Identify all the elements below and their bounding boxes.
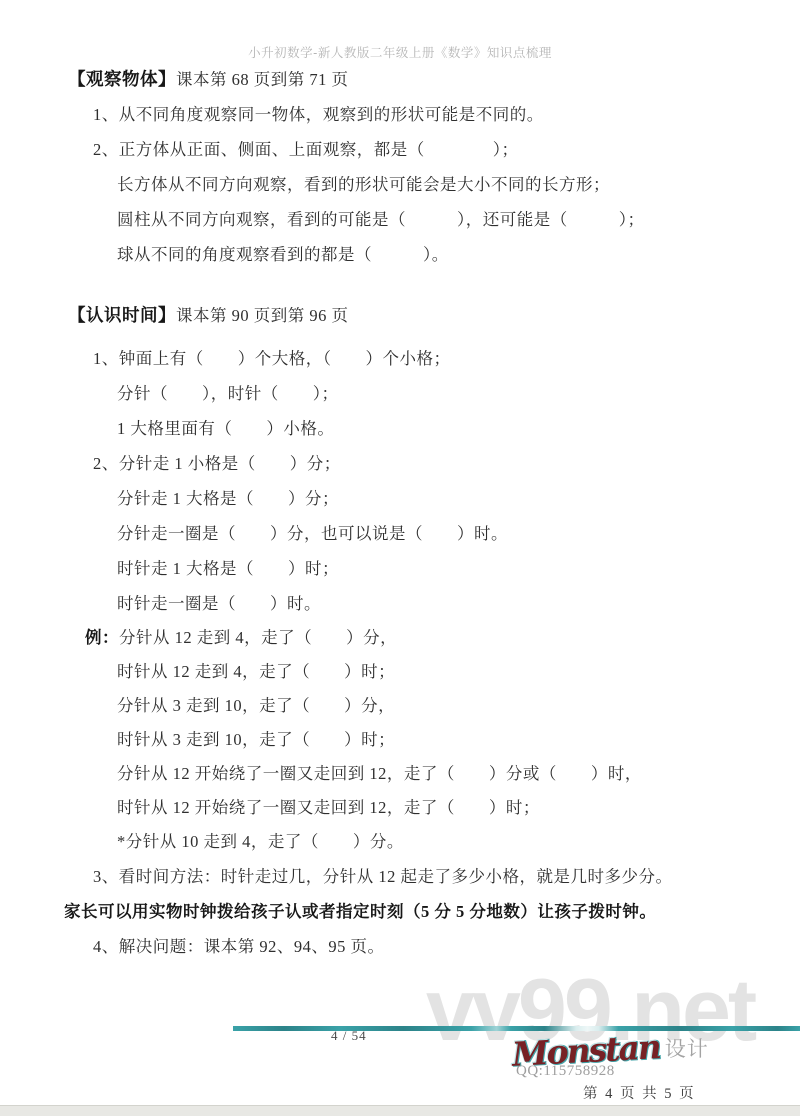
text-line: 1、从不同角度观察同一物体，观察到的形状可能是不同的。 xyxy=(93,97,800,132)
text-line: 分针从 12 走到 4，走了（ ）分， xyxy=(119,628,397,647)
text-line: 球从不同的角度观察看到的都是（ ）。 xyxy=(117,237,800,272)
text-line: 时针走 1 大格是（ ）时； xyxy=(117,551,800,586)
text-line: 时针从 3 走到 10，走了（ ）时； xyxy=(117,723,800,757)
text-line: 2、分针走 1 小格是（ ）分； xyxy=(93,446,800,481)
text-line: 2、正方体从正面、侧面、上面观察，都是（ ）； xyxy=(93,132,800,167)
section-title-page-range: 课本第 68 页到第 71 页 xyxy=(176,70,349,89)
text-line: 时针从 12 走到 4，走了（ ）时； xyxy=(117,655,800,689)
document-page: 小升初数学-新人教版二年级上册《数学》知识点梳理 【观察物体】课本第 68 页到… xyxy=(0,0,800,1116)
qq-contact: QQ:115758928 xyxy=(516,1063,615,1080)
page-number-label: 第 4 页 共 5 页 xyxy=(583,1082,696,1103)
section-title-bracket-text: 【认识时间】 xyxy=(68,305,176,325)
viewer-page-counter: 4 / 54 xyxy=(331,1028,367,1044)
text-line: 分针从 3 走到 10，走了（ ）分， xyxy=(117,689,800,723)
section-title-telling-time: 【认识时间】课本第 90 页到第 96 页 xyxy=(68,298,800,333)
text-line: 圆柱从不同方向观察，看到的可能是（ ），还可能是（ ）； xyxy=(117,202,800,237)
text-line: 1 大格里面有（ ）小格。 xyxy=(117,411,800,446)
text-line: 时针走一圈是（ ）时。 xyxy=(117,586,800,621)
text-line: 3、看时间方法：时针走过几，分针从 12 起走了多少小格，就是几时多少分。 xyxy=(93,859,800,894)
document-header-title: 小升初数学-新人教版二年级上册《数学》知识点梳理 xyxy=(0,0,800,62)
section-title-bracket-text: 【观察物体】 xyxy=(68,69,176,89)
brand-logo-suffix: 设计 xyxy=(665,1038,709,1061)
section-title-observe-objects: 【观察物体】课本第 68 页到第 71 页 xyxy=(68,62,800,97)
footer-divider-line xyxy=(233,1026,800,1031)
text-line: 1、钟面上有（ ）个大格，（ ）个小格； xyxy=(93,341,800,376)
bottom-edge-strip xyxy=(0,1105,800,1116)
text-line: 分针走 1 大格是（ ）分； xyxy=(117,481,800,516)
text-line: *分针从 10 走到 4，走了（ ）分。 xyxy=(117,825,800,859)
example-block: 例：分针从 12 走到 4，走了（ ）分， 时针从 12 走到 4，走了（ ）时… xyxy=(0,621,800,859)
parent-tip-line: 家长可以用实物时钟拨给孩子认或者指定时刻（5 分 5 分地数）让孩子拨时钟。 xyxy=(64,894,800,929)
example-first-line: 例：分针从 12 走到 4，走了（ ）分， xyxy=(85,621,800,655)
text-line: 分针（ ），时针（ ）； xyxy=(117,376,800,411)
example-label: 例： xyxy=(85,628,119,647)
text-line: 4、解决问题：课本第 92、94、95 页。 xyxy=(93,929,800,964)
text-line: 长方体从不同方向观察，看到的形状可能会是大小不同的长方形； xyxy=(117,167,800,202)
text-line: 分针走一圈是（ ）分，也可以说是（ ）时。 xyxy=(117,516,800,551)
section-title-page-range: 课本第 90 页到第 96 页 xyxy=(176,306,349,325)
text-line: 分针从 12 开始绕了一圈又走回到 12，走了（ ）分或（ ）时， xyxy=(117,757,800,791)
text-line: 时针从 12 开始绕了一圈又走回到 12，走了（ ）时； xyxy=(117,791,800,825)
